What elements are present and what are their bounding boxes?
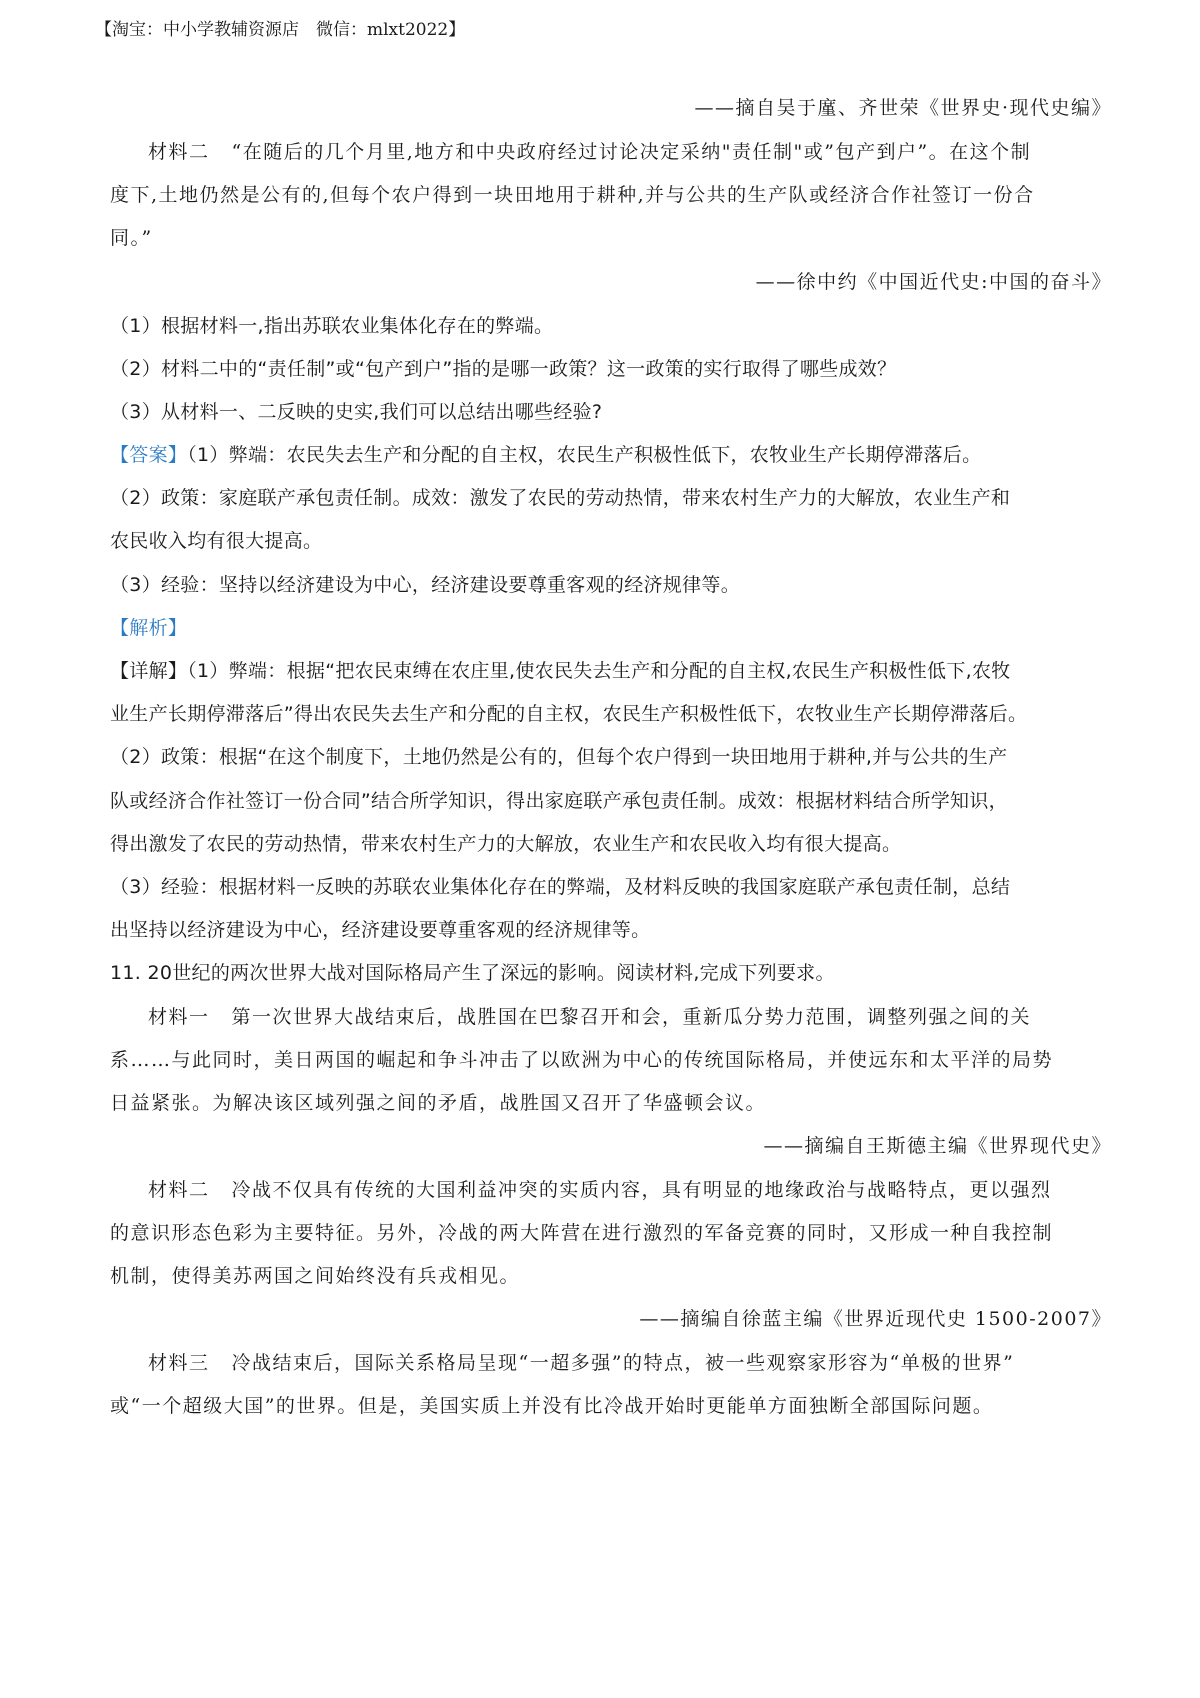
material-text: 机制，使得美苏两国之间始终没有兵戎相见。 [110,1264,520,1288]
material-text: 同。” [110,226,153,250]
material-text: 的意识形态色彩为主要特征。另外，冷战的两大阵营在进行激烈的军备竞赛的同时，又形成… [110,1221,1053,1245]
material-label: 材料二 [148,1179,210,1201]
material-label: 材料一 [148,1006,210,1028]
source-citation: ——摘编自王斯德主编《世界现代史》 [763,1134,1112,1158]
material-paragraph: 材料三冷战结束后，国际关系格局呈现“一超多强”的特点，被一些观察家形容为“单极的… [148,1351,1014,1375]
question-stem: 11. 20世纪的两次世界大战对国际格局产生了深远的影响。阅读材料,完成下列要求… [110,961,835,985]
question-item: （3）从材料一、二反映的史实,我们可以总结出哪些经验? [110,400,602,424]
question-item: （1）根据材料一,指出苏联农业集体化存在的弊端。 [110,314,553,338]
source-citation: ——摘自吴于廑、齐世荣《世界史·现代史编》 [694,96,1112,120]
analysis-line: 业生产长期停滞落后”得出农民失去生产和分配的自主权，农民生产积极性低下，农牧业生… [110,702,1027,726]
material-paragraph: 材料一第一次世界大战结束后，战胜国在巴黎召开和会，重新瓜分势力范围，调整列强之间… [148,1005,1031,1029]
answer-label: 【答案】 [110,444,187,466]
material-label: 材料二 [148,141,210,163]
material-text: 日益紧张。为解决该区域列强之间的矛盾，战胜国又召开了华盛顿会议。 [110,1091,766,1115]
answer-line: （3）经验：坚持以经济建设为中心，经济建设要尊重客观的经济规律等。 [110,573,740,597]
question-item: （2）材料二中的“责任制”或“包产到户”指的是哪一政策？这一政策的实行取得了哪些… [110,357,896,381]
watermark-header: 【淘宝：中小学教辅资源店 微信：mlxt2022】 [95,18,465,42]
source-citation: ——摘编自徐蓝主编《世界近现代史 1500-2007》 [639,1307,1112,1331]
material-text: 系……与此同时，美日两国的崛起和争斗冲击了以欧洲为中心的传统国际格局，并使远东和… [110,1048,1053,1072]
material-text: 度下,土地仍然是公有的,但每个农户得到一块田地用于耕种,并与公共的生产队或经济合… [110,183,1035,207]
analysis-line: （2）政策：根据“在这个制度下，土地仍然是公有的，但每个农户得到一块田地用于耕种… [110,745,1007,769]
analysis-label: 【解析】 [110,616,187,640]
answer-line: 【答案】（1）弊端：农民失去生产和分配的自主权，农民生产积极性低下，农牧业生产长… [110,443,981,467]
answer-line: （2）政策：家庭联产承包责任制。成效：激发了农民的劳动热情，带来农村生产力的大解… [110,486,1010,510]
analysis-line: 出坚持以经济建设为中心，经济建设要尊重客观的经济规律等。 [110,918,650,942]
source-citation: ——徐中约《中国近代史:中国的奋斗》 [756,270,1112,294]
detail-label: 【详解】 [110,660,187,682]
material-paragraph: 材料二冷战不仅具有传统的大国利益冲突的实质内容，具有明显的地缘政治与战略特点，更… [148,1178,1052,1202]
answer-line: 农民收入均有很大提高。 [110,529,322,553]
material-text: 或“一个超级大国”的世界。但是，美国实质上并没有比冷战开始时更能单方面独断全部国… [110,1394,993,1418]
analysis-line: 得出激发了农民的劳动热情，带来农村生产力的大解放，农业生产和农民收入均有很大提高… [110,832,901,856]
material-label: 材料三 [148,1352,210,1374]
analysis-line: （3）经验：根据材料一反映的苏联农业集体化存在的弊端，及材料反映的我国家庭联产承… [110,875,1010,899]
material-text: “在随后的几个月里,地方和中央政府经过讨论决定采纳"责任制"或”包产到户”。在这… [232,141,1032,163]
analysis-line: 【详解】（1）弊端：根据“把农民束缚在农庄里,使农民失去生产和分配的自主权,农民… [110,659,1011,683]
analysis-line: 队或经济合作社签订一份合同”结合所学知识，得出家庭联产承包责任制。成效：根据材料… [110,789,1008,813]
